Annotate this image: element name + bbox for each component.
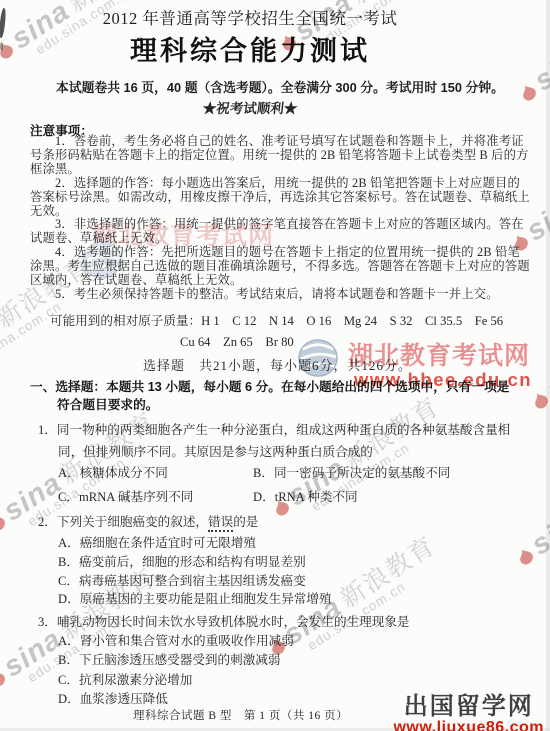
notice-line: 1．答卷前，考生务必将自己的姓名、准考证号填写在试题卷和答题卡上，并将准考证	[30, 135, 530, 149]
notice-line: 号条形码粘贴在答题卡上的指定位置。用统一提供的 2B 铅笔将答题卡上试卷类型 B…	[30, 149, 530, 163]
atomic-mass-line-1: 可能用到的相对原子质量：H 1 C 12 N 14 O 16 Mg 24 S 3…	[50, 310, 503, 329]
emphasized-word: 错误	[208, 515, 233, 532]
exam-meta-line: 本试题卷共 16 页，40 题（含选考题）。全卷满分 300 分。考试用时 15…	[56, 77, 504, 96]
exam-subtitle: 理科综合能力测试	[0, 29, 500, 68]
question-3-stem: 3．哺乳动物因长时间未饮水导致机体脱水时，会发生的生理现象是	[38, 611, 410, 630]
question-3-options: A．肾小管和集合管对水的重吸收作用减弱 B．下丘脑渗透压感受器受到的刺激减弱 C…	[58, 632, 294, 710]
question-1-stem-line: 1．同一物种的两类细胞各产生一种分泌蛋白，组成这两种蛋白质的各种氨基酸含量相	[38, 420, 510, 442]
question-2-option-a: A．癌细胞在条件适宜时可无限增殖	[58, 534, 332, 553]
part-one-heading-line: 一、选择题：本题共 13 小题，每小题 6 分。在每小题给出的四个选项中，只有一…	[30, 379, 509, 397]
question-3-option-a: A．肾小管和集合管对水的重吸收作用减弱	[58, 632, 294, 651]
part-one-heading: 一、选择题：本题共 13 小题，每小题 6 分。在每小题给出的四个选项中，只有一…	[30, 379, 509, 414]
notice-line: 答案标号涂黑。如需改动，用橡皮擦干净后，再选涂其它答案标号。答在试题卷、草稿纸上	[30, 191, 530, 205]
question-2-options: A．癌细胞在条件适宜时可无限增殖 B．癌变前后，细胞的形态和结构有明显差别 C．…	[58, 534, 332, 609]
question-2-option-b: B．癌变前后，细胞的形态和结构有明显差别	[58, 553, 332, 572]
question-3-option-b: B．下丘脑渗透压感受器受到的刺激减弱	[58, 651, 294, 670]
question-1-stem: 1．同一物种的两类细胞各产生一种分泌蛋白，组成这两种蛋白质的各种氨基酸含量相 同…	[38, 420, 510, 463]
notice-line: 涂黑。考生应根据自己选做的题目准确填涂题号，不得多选。答题答在答题卡上对应的答题	[30, 260, 530, 274]
notice-line: 5．考生必须保持答题卡的整洁。考试结束后，请将本试题卷和答题卡一并上交。	[30, 288, 530, 302]
atomic-mass-line-2: Cu 64 Zn 65 Br 80	[180, 331, 294, 350]
question-1-option-b: B．同一密码子所决定的氨基酸不同	[253, 462, 450, 481]
notices-block: 1．答卷前，考生务必将自己的姓名、准考证号填写在试题卷和答题卡上，并将准考证 号…	[30, 135, 530, 302]
notice-line: 区域内，答在试题卷、草稿纸上无效。	[30, 274, 530, 288]
exam-paper-scan: sina新浪教育 edu.sina.com.cn sina新浪教育 edu.si…	[0, 0, 550, 731]
question-2-option-d: D．原癌基因的主要功能是阻止细胞发生异常增殖	[58, 590, 332, 609]
good-luck-line: ★祝考试顺利★	[0, 97, 500, 117]
page-footer: 理科综合试题 B 型 第 1 页（共 16 页）	[133, 707, 348, 723]
question-2-option-c: C．病毒癌基因可整合到宿主基因组诱发癌变	[58, 572, 332, 591]
notice-line: 框涂黑。	[30, 163, 530, 177]
part-one-heading-line: 符合题目要求的。	[57, 397, 509, 415]
question-1-stem-line: 同，但排列顺序不同。其原因是参与这两种蛋白质合成的	[58, 442, 510, 464]
question-2-stem: 2．下列关于细胞癌变的叙述，错误的是	[38, 511, 258, 530]
section-header: 选择题 共21小题，每小题6分，共126分。	[143, 355, 412, 374]
question-1-option-a: A．核糖体成分不同	[58, 462, 168, 481]
notice-line: 2．选择题的作答：每小题选出答案后，用统一提供的 2B 铅笔把答题卡上对应题目的	[30, 177, 530, 191]
question-1-option-d: D．tRNA 种类不同	[253, 486, 358, 505]
exam-title: 2012 年普通高等学校招生全国统一考试	[0, 5, 500, 29]
question-1-option-c: C．mRNA 碱基序列不同	[58, 486, 193, 505]
document-text-layer: 2012 年普通高等学校招生全国统一考试 理科综合能力测试 本试题卷共 16 页…	[0, 0, 550, 731]
question-3-option-c: C．抗利尿激素分泌增加	[58, 671, 294, 690]
